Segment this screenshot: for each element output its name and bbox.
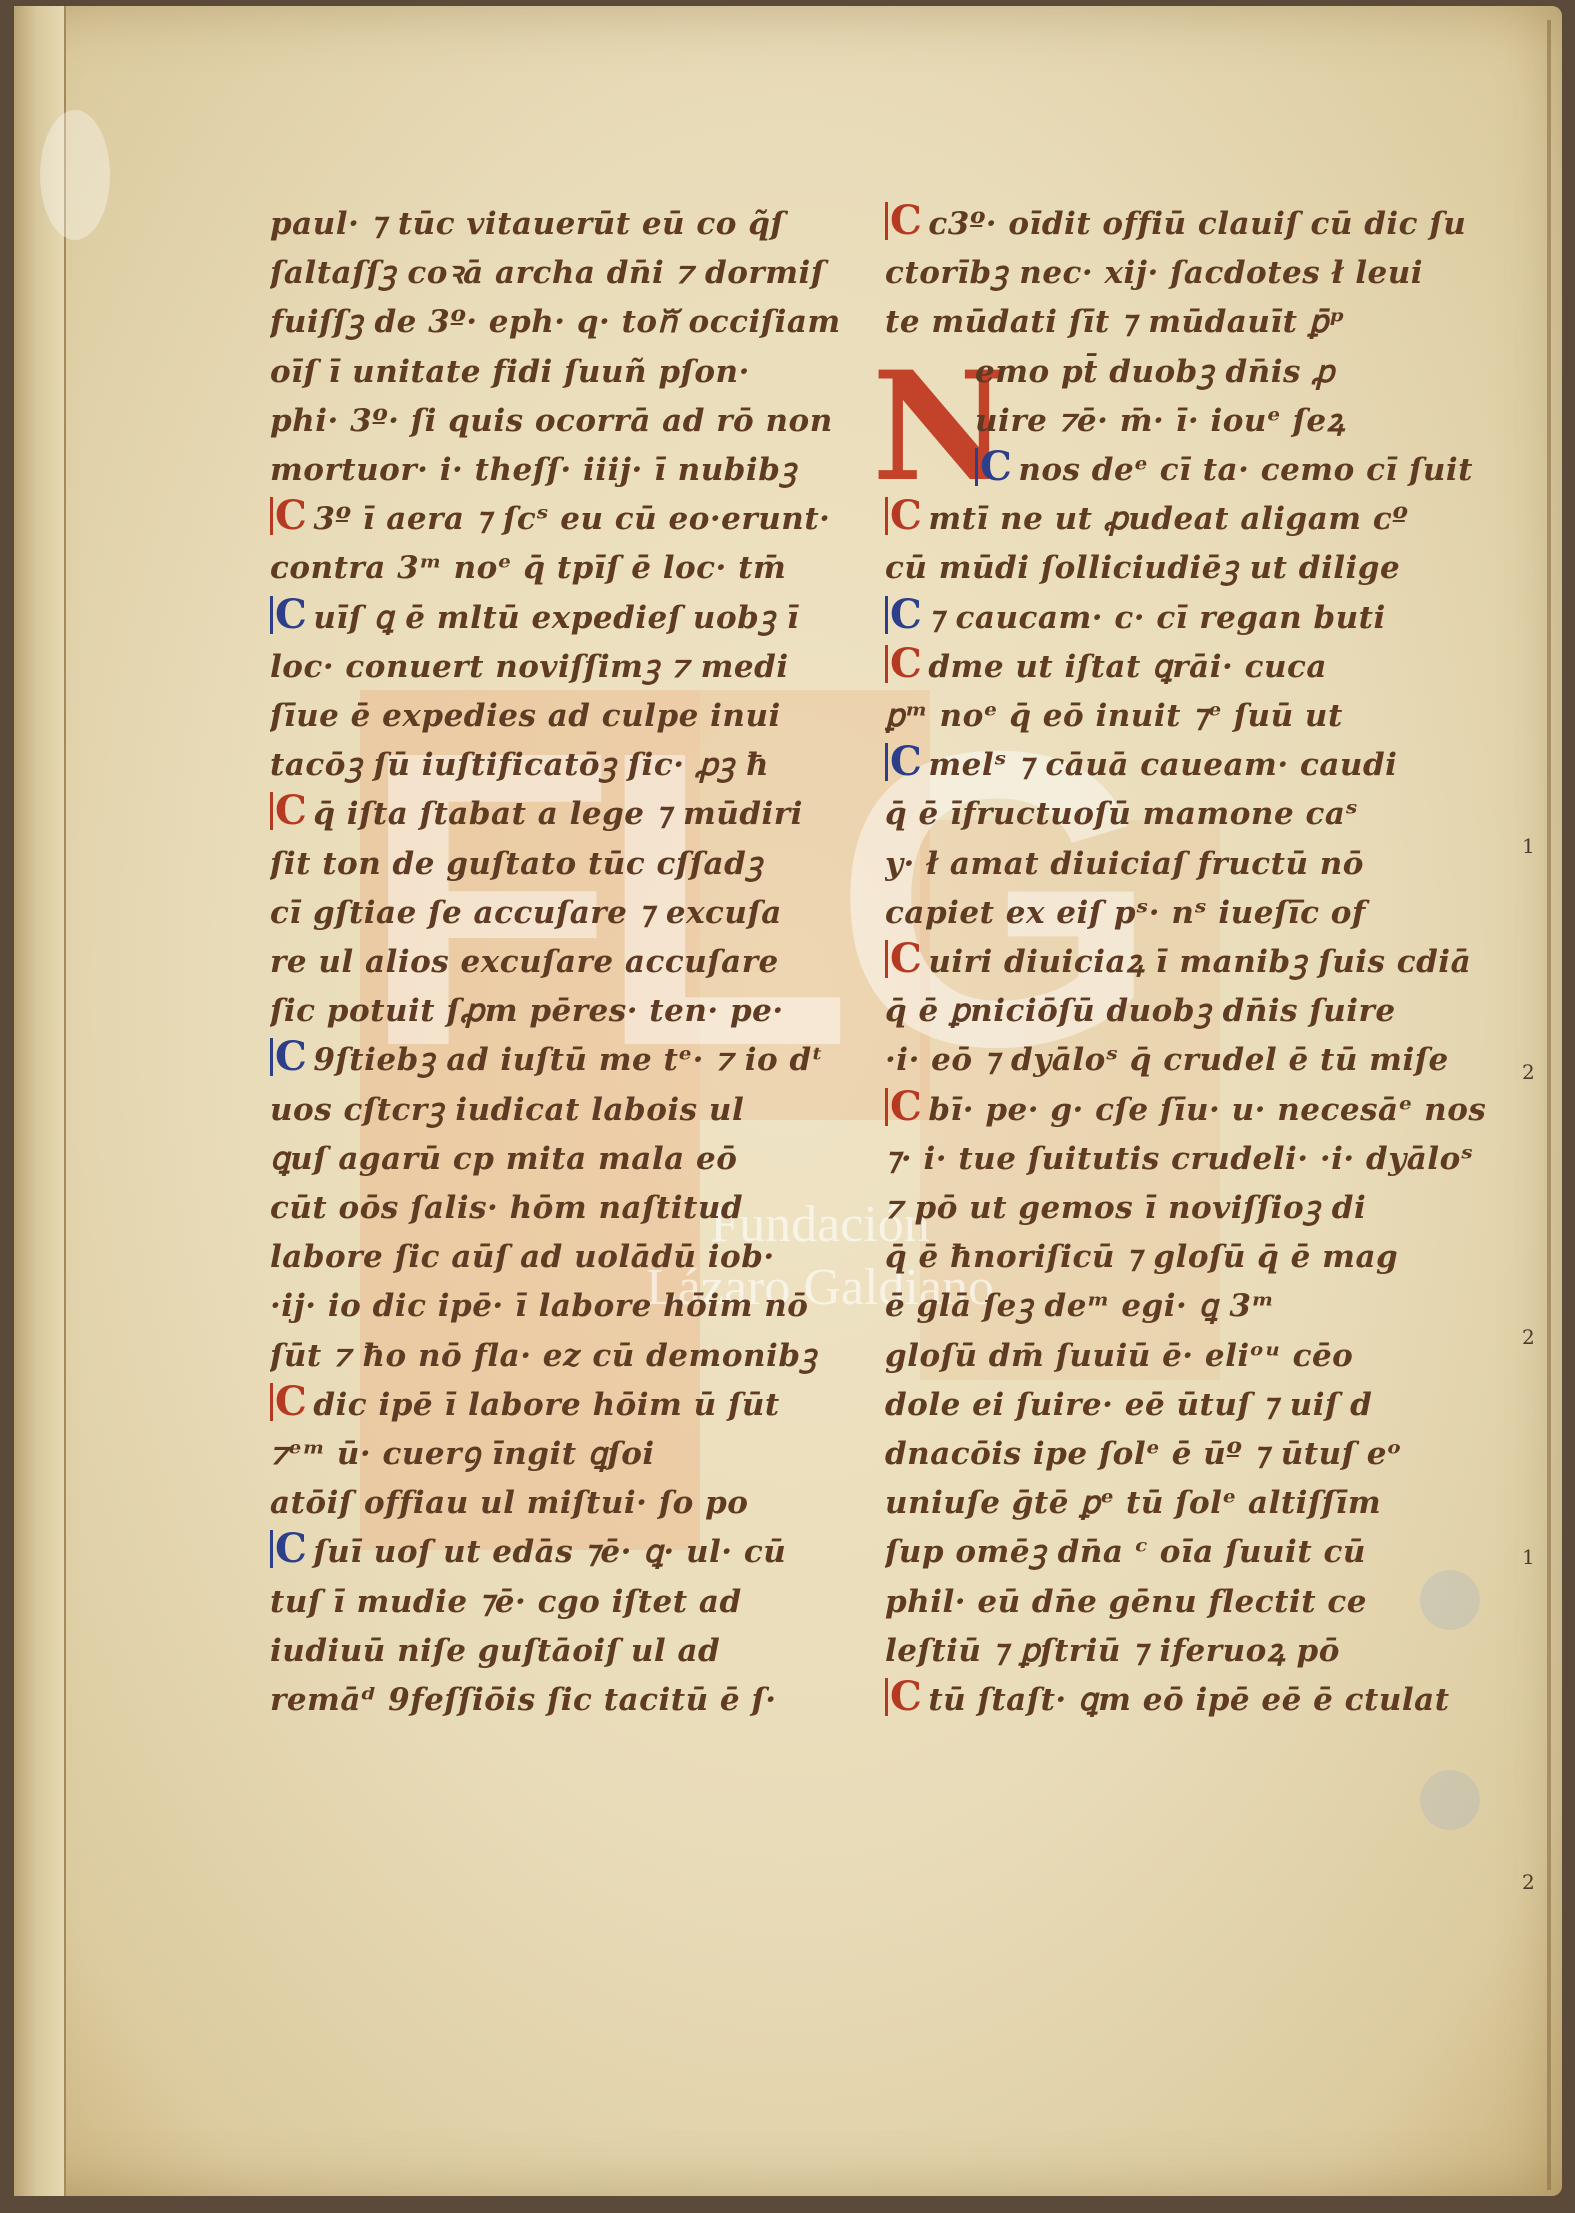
text-line: cūt oōs ſalis· hōm naſtitud — [270, 1184, 840, 1233]
text-line-content: atōiſ offiau ul miſtui· ſo po — [270, 1485, 748, 1521]
text-line-content: ſūt ⁊ ħo nō fla· ez cū demonibꝫ — [270, 1338, 817, 1374]
text-line: Cmtī ne ut ꝓudeat aligam ᴄº — [885, 495, 1485, 544]
text-line-content: uīſ ꝗ ē mltū expedieſ uobꝫ ī — [313, 600, 799, 636]
text-line: labore ſic aūſ ad uolādū iob· — [270, 1233, 840, 1282]
text-line: re ul alios excuſare accuſare — [270, 938, 840, 987]
text-line-content: 3º ī aera ⁊ ſcˢ eu cū eo·erunt· — [313, 501, 830, 537]
text-line: Cuiri diuiciaꝝ ī manibꝫ ſuis ᴄdiā — [885, 938, 1485, 987]
rubric-initial: C — [270, 1530, 309, 1568]
text-line: q̄ ē ħnoriſicū ⁊ gloſū q̄ ē mag — [885, 1233, 1485, 1282]
text-line: paul· ⁊ tūc vitauerūt eū co q̃ſ — [270, 200, 840, 249]
text-line: cī gſtiae ſe accuſare ⁊ excuſa — [270, 889, 840, 938]
text-line: phil· eū dn̄e gēnu flectit ce — [885, 1578, 1485, 1627]
text-line: loc· ᴄonuert noviſſimꝫ ⁊ medi — [270, 643, 840, 692]
text-line-content: dme ut iſtat ꝗrāi· ᴄuca — [928, 649, 1327, 685]
text-line-content: mortuor· i· theſſ· iiij· ī nubibꝫ — [270, 452, 797, 488]
text-line: ſic potuit ſꝓm pēres· ten· pe· — [270, 987, 840, 1036]
text-line-content: q̄ iſta ſtabat a lege ⁊ mūdiri — [313, 796, 803, 832]
rubric-initial: C — [975, 448, 1014, 486]
text-line: C9ſtiebꝫ ad iuſtū me tᵉ· ⁊ io dᵗ — [270, 1036, 840, 1085]
text-line-content: y· ł amat diuiciaſ fructū nō — [885, 846, 1364, 882]
text-line: dole ei ſuire· eē ūtuſ ⁊ uiſ d — [885, 1381, 1485, 1430]
text-line: Cuīſ ꝗ ē mltū expedieſ uobꝫ ī — [270, 594, 840, 643]
text-line-content: uniuſe ḡtē ꝑᵉ tū ſolᵉ altiſſīm — [885, 1485, 1381, 1521]
text-line: ſup omēꝫ dn̄a ᶜ oīa ſuuit cū — [885, 1528, 1485, 1577]
margin-number: 1 — [1522, 834, 1535, 858]
text-line-content: dole ei ſuire· eē ūtuſ ⁊ uiſ d — [885, 1387, 1372, 1423]
text-line: y· ł amat diuiciaſ fructū nō — [885, 840, 1485, 889]
text-line-content: ⁊· i· tue ſuitutis crudeli· ·i· dyāloˢ — [885, 1141, 1473, 1177]
text-line: uniuſe ḡtē ꝑᵉ tū ſolᵉ altiſſīm — [885, 1479, 1485, 1528]
text-line-content: tuſ ī mudie ⁊ē· ᴄgo iſtet ad — [270, 1584, 742, 1620]
text-line-content: q̄ ē ꝑniciōſū duobꝫ dn̄is ſuire — [885, 993, 1396, 1029]
text-line-content: bī· pe· g· ᴄſe ſīu· u· necesāᵉ nos — [928, 1092, 1485, 1128]
text-line: Cᴄ3º· oīdit offiū clauiſ cū dic ſu — [885, 200, 1485, 249]
text-line-content: dic ipē ī labore hōim ū ſūt — [313, 1387, 779, 1423]
text-line: ſīue ē expedies ad culpe inui — [270, 692, 840, 741]
binding-gutter — [14, 6, 66, 2196]
text-line-content: ſup omēꝫ dn̄a ᶜ oīa ſuuit cū — [885, 1534, 1366, 1570]
text-line: ſaltaſſꝫ coꝛā archa dn̄i ⁊ dormiſ — [270, 249, 840, 298]
parchment-stain — [40, 110, 110, 240]
rubric-initial: C — [270, 1383, 309, 1421]
text-line-content: ſit ton de guſtato tūc ᴄſſadꝫ — [270, 846, 763, 882]
text-line-content: te mūdati ſīt ⁊ mūdauīt ꝑ̄ᵖ — [885, 304, 1345, 340]
rubric-initial: C — [885, 743, 924, 781]
text-line-content: leſtiū ⁊ ꝑſtriū ⁊ iferuoꝝ pō — [885, 1633, 1340, 1669]
text-line-content: ꝗuſ agarū cp mita mala eō — [270, 1141, 737, 1177]
text-line-content: cūt oōs ſalis· hōm naſtitud — [270, 1190, 743, 1226]
text-line: uire ⁊ē· m̄· ī· iouᵉ ſeꝝ — [885, 397, 1485, 446]
text-line: phi· 3º· ſi quis ocorrā ad rō non — [270, 397, 840, 446]
text-line-content: fuiſſꝫ de 3º· eph· q· tonᷓ occiſiam — [270, 304, 840, 340]
text-line: C3º ī aera ⁊ ſcˢ eu cū eo·erunt· — [270, 495, 840, 544]
rubric-initial: C — [885, 202, 924, 240]
text-line: iudiuū niſe guſtāoiſ ul ad — [270, 1627, 840, 1676]
text-line: remāᵈ 9feſſiōis ſic tacitū ē ſ· — [270, 1676, 840, 1725]
text-line: ſit ton de guſtato tūc ᴄſſadꝫ — [270, 840, 840, 889]
text-line-content: remāᵈ 9feſſiōis ſic tacitū ē ſ· — [270, 1682, 777, 1718]
text-line-content: mtī ne ut ꝓudeat aligam ᴄº — [928, 501, 1408, 537]
text-line-content: dnacōis ipe ſolᵉ ē ūº ⁊ ūtuſ eᵒ — [885, 1436, 1402, 1472]
text-line-content: ſaltaſſꝫ coꝛā archa dn̄i ⁊ dormiſ — [270, 255, 825, 291]
text-line: Cq̄ iſta ſtabat a lege ⁊ mūdiri — [270, 790, 840, 839]
text-line: ⁊ pō ut gemos ī noviſſioꝫ di — [885, 1184, 1485, 1233]
text-line: ⁊· i· tue ſuitutis crudeli· ·i· dyāloˢ — [885, 1135, 1485, 1184]
text-line: dnacōis ipe ſolᵉ ē ūº ⁊ ūtuſ eᵒ — [885, 1430, 1485, 1479]
text-line-content: ꝑᵐ noᵉ q̄ eō inuit ⁊ᵉ ſuū ut — [885, 698, 1343, 734]
text-line-content: ᴄontra 3ᵐ noᵉ q̄ tpīſ ē loc· tm̄ — [270, 550, 786, 586]
text-line: ctorībꝫ nec· xij· ſacdotes ł leui — [885, 249, 1485, 298]
text-line-content: tū ſtaſt· ꝗm eō ipē eē ē ᴄtulat — [928, 1682, 1449, 1718]
text-line-content: labore ſic aūſ ad uolādū iob· — [270, 1239, 775, 1275]
text-line-content: paul· ⁊ tūc vitauerūt eū co q̃ſ — [270, 206, 784, 242]
text-line-content: emo pt̄ duobꝫ dn̄is ꝓ — [975, 354, 1335, 390]
margin-number: 2 — [1522, 1325, 1535, 1349]
text-line: tacōꝫ ſū iuſtificatōꝫ ſic· ꝓꝫ ħ — [270, 741, 840, 790]
rubric-initial: C — [270, 792, 309, 830]
text-line-content: ᴄ3º· oīdit offiū clauiſ cū dic ſu — [928, 206, 1466, 242]
text-column-left: paul· ⁊ tūc vitauerūt eū co q̃ſſaltaſſꝫ … — [270, 200, 840, 1725]
text-line: ·ij· io dic ipē· ī labore hōim nō — [270, 1282, 840, 1331]
text-line-content: phi· 3º· ſi quis ocorrā ad rō non — [270, 403, 833, 439]
rubric-initial: C — [885, 596, 924, 634]
text-line: oīſ ī unitate fidi ſuuñ pſon· — [270, 348, 840, 397]
text-line-content: melˢ ⁊ cāuā caueam· ᴄaudi — [928, 747, 1397, 783]
rubric-initial: C — [270, 497, 309, 535]
margin-number: 2 — [1522, 1060, 1535, 1084]
text-line: fuiſſꝫ de 3º· eph· q· tonᷓ occiſiam — [270, 298, 840, 347]
text-line: uos ᴄſtcrꝫ iudicat labois ul — [270, 1086, 840, 1135]
text-line: ·i· eō ⁊ dyāloˢ q̄ crudel ē tū miſe — [885, 1036, 1485, 1085]
text-line-content: uire ⁊ē· m̄· ī· iouᵉ ſeꝝ — [975, 403, 1345, 439]
rubric-initial: C — [270, 1038, 309, 1076]
rubric-initial: C — [885, 940, 924, 978]
text-line-content: oīſ ī unitate fidi ſuuñ pſon· — [270, 354, 750, 390]
text-line-content: ſuī uoſ ut edās ⁊ē· ꝗ· ul· cū — [313, 1534, 786, 1570]
text-line: Cmelˢ ⁊ cāuā caueam· ᴄaudi — [885, 741, 1485, 790]
text-line: Cſuī uoſ ut edās ⁊ē· ꝗ· ul· cū — [270, 1528, 840, 1577]
text-line: q̄ ē ꝑniciōſū duobꝫ dn̄is ſuire — [885, 987, 1485, 1036]
text-line: ⁊ᵉᵐ ū· ᴄuerꝯ īngit ꝗſoi — [270, 1430, 840, 1479]
text-line: q̄ ē īfructuoſū mamone caˢ — [885, 790, 1485, 839]
text-line: Cdme ut iſtat ꝗrāi· ᴄuca — [885, 643, 1485, 692]
text-line-content: cī gſtiae ſe accuſare ⁊ excuſa — [270, 895, 782, 931]
rubric-initial: C — [885, 497, 924, 535]
text-line: ſūt ⁊ ħo nō fla· ez cū demonibꝫ — [270, 1332, 840, 1381]
text-line-content: ⁊ᵉᵐ ū· ᴄuerꝯ īngit ꝗſoi — [270, 1436, 655, 1472]
text-line: ᴄontra 3ᵐ noᵉ q̄ tpīſ ē loc· tm̄ — [270, 544, 840, 593]
rubric-initial: C — [885, 1678, 924, 1716]
text-line: ē glā ſeꝫ deᵐ egi· ꝗ 3ᵐ — [885, 1282, 1485, 1331]
text-line: gloſū dm̄ ſuuiū ē· eliᵒᵘ ᴄēo — [885, 1332, 1485, 1381]
text-line: te mūdati ſīt ⁊ mūdauīt ꝑ̄ᵖ — [885, 298, 1485, 347]
text-line-content: ·i· eō ⁊ dyāloˢ q̄ crudel ē tū miſe — [885, 1042, 1449, 1078]
rubric-initial: C — [270, 596, 309, 634]
margin-number: 2 — [1522, 1870, 1535, 1894]
text-line-content: re ul alios excuſare accuſare — [270, 944, 779, 980]
text-line-content: q̄ ē īfructuoſū mamone caˢ — [885, 796, 1358, 832]
text-line-content: iudiuū niſe guſtāoiſ ul ad — [270, 1633, 720, 1669]
text-line-content: q̄ ē ħnoriſicū ⁊ gloſū q̄ ē mag — [885, 1239, 1398, 1275]
text-line-content: 9ſtiebꝫ ad iuſtū me tᵉ· ⁊ io dᵗ — [313, 1042, 823, 1078]
rubric-initial: C — [885, 1088, 924, 1126]
text-line-content: uos ᴄſtcrꝫ iudicat labois ul — [270, 1092, 744, 1128]
text-line-content: phil· eū dn̄e gēnu flectit ce — [885, 1584, 1367, 1620]
text-line: capiet ex eiſ pˢ· nˢ iueſi̅c of — [885, 889, 1485, 938]
text-line-content: gloſū dm̄ ſuuiū ē· eliᵒᵘ ᴄēo — [885, 1338, 1353, 1374]
text-line: cū mūdi ſolliciudiēꝫ ut dilige — [885, 544, 1485, 593]
text-line-content: ſic potuit ſꝓm pēres· ten· pe· — [270, 993, 784, 1029]
rubric-initial: C — [885, 645, 924, 683]
text-line: mortuor· i· theſſ· iiij· ī nubibꝫ — [270, 446, 840, 495]
text-line: leſtiū ⁊ ꝑſtriū ⁊ iferuoꝝ pō — [885, 1627, 1485, 1676]
text-line-content: tacōꝫ ſū iuſtificatōꝫ ſic· ꝓꝫ ħ — [270, 747, 769, 783]
text-line: atōiſ offiau ul miſtui· ſo po — [270, 1479, 840, 1528]
text-line-content: ſīue ē expedies ad culpe inui — [270, 698, 781, 734]
text-line: Cdic ipē ī labore hōim ū ſūt — [270, 1381, 840, 1430]
text-line-content: capiet ex eiſ pˢ· nˢ iueſi̅c of — [885, 895, 1366, 931]
text-line: ꝗuſ agarū cp mita mala eō — [270, 1135, 840, 1184]
text-line: C⁊ caucam· ᴄ· cī regan buti — [885, 594, 1485, 643]
text-line-content: ctorībꝫ nec· xij· ſacdotes ł leui — [885, 255, 1423, 291]
text-line-content: ⁊ caucam· ᴄ· cī regan buti — [928, 600, 1385, 636]
text-line: Cbī· pe· g· ᴄſe ſīu· u· necesāᵉ nos — [885, 1086, 1485, 1135]
parchment-stain — [1420, 1770, 1480, 1830]
text-line-content: ⁊ pō ut gemos ī noviſſioꝫ di — [885, 1190, 1366, 1226]
text-line: ꝑᵐ noᵉ q̄ eō inuit ⁊ᵉ ſuū ut — [885, 692, 1485, 741]
text-line: Ctū ſtaſt· ꝗm eō ipē eē ē ᴄtulat — [885, 1676, 1485, 1725]
text-line-content: ē glā ſeꝫ deᵐ egi· ꝗ 3ᵐ — [885, 1288, 1275, 1324]
text-line-content: cū mūdi ſolliciudiēꝫ ut dilige — [885, 550, 1400, 586]
text-line-content: uiri diuiciaꝝ ī manibꝫ ſuis ᴄdiā — [928, 944, 1471, 980]
text-line-content: ·ij· io dic ipē· ī labore hōim nō — [270, 1288, 808, 1324]
text-column-right: Cᴄ3º· oīdit offiū clauiſ cū dic ſuctorīb… — [885, 200, 1485, 1725]
text-line: Cnos deᵉ cī ta· ᴄemo cī ſuit — [885, 446, 1485, 495]
text-line: tuſ ī mudie ⁊ē· ᴄgo iſtet ad — [270, 1578, 840, 1627]
text-line-content: loc· ᴄonuert noviſſimꝫ ⁊ medi — [270, 649, 789, 685]
page-edge — [1547, 20, 1551, 2190]
margin-number: 1 — [1522, 1545, 1535, 1569]
text-line: emo pt̄ duobꝫ dn̄is ꝓ — [885, 348, 1485, 397]
text-line-content: nos deᵉ cī ta· ᴄemo cī ſuit — [1018, 452, 1473, 488]
